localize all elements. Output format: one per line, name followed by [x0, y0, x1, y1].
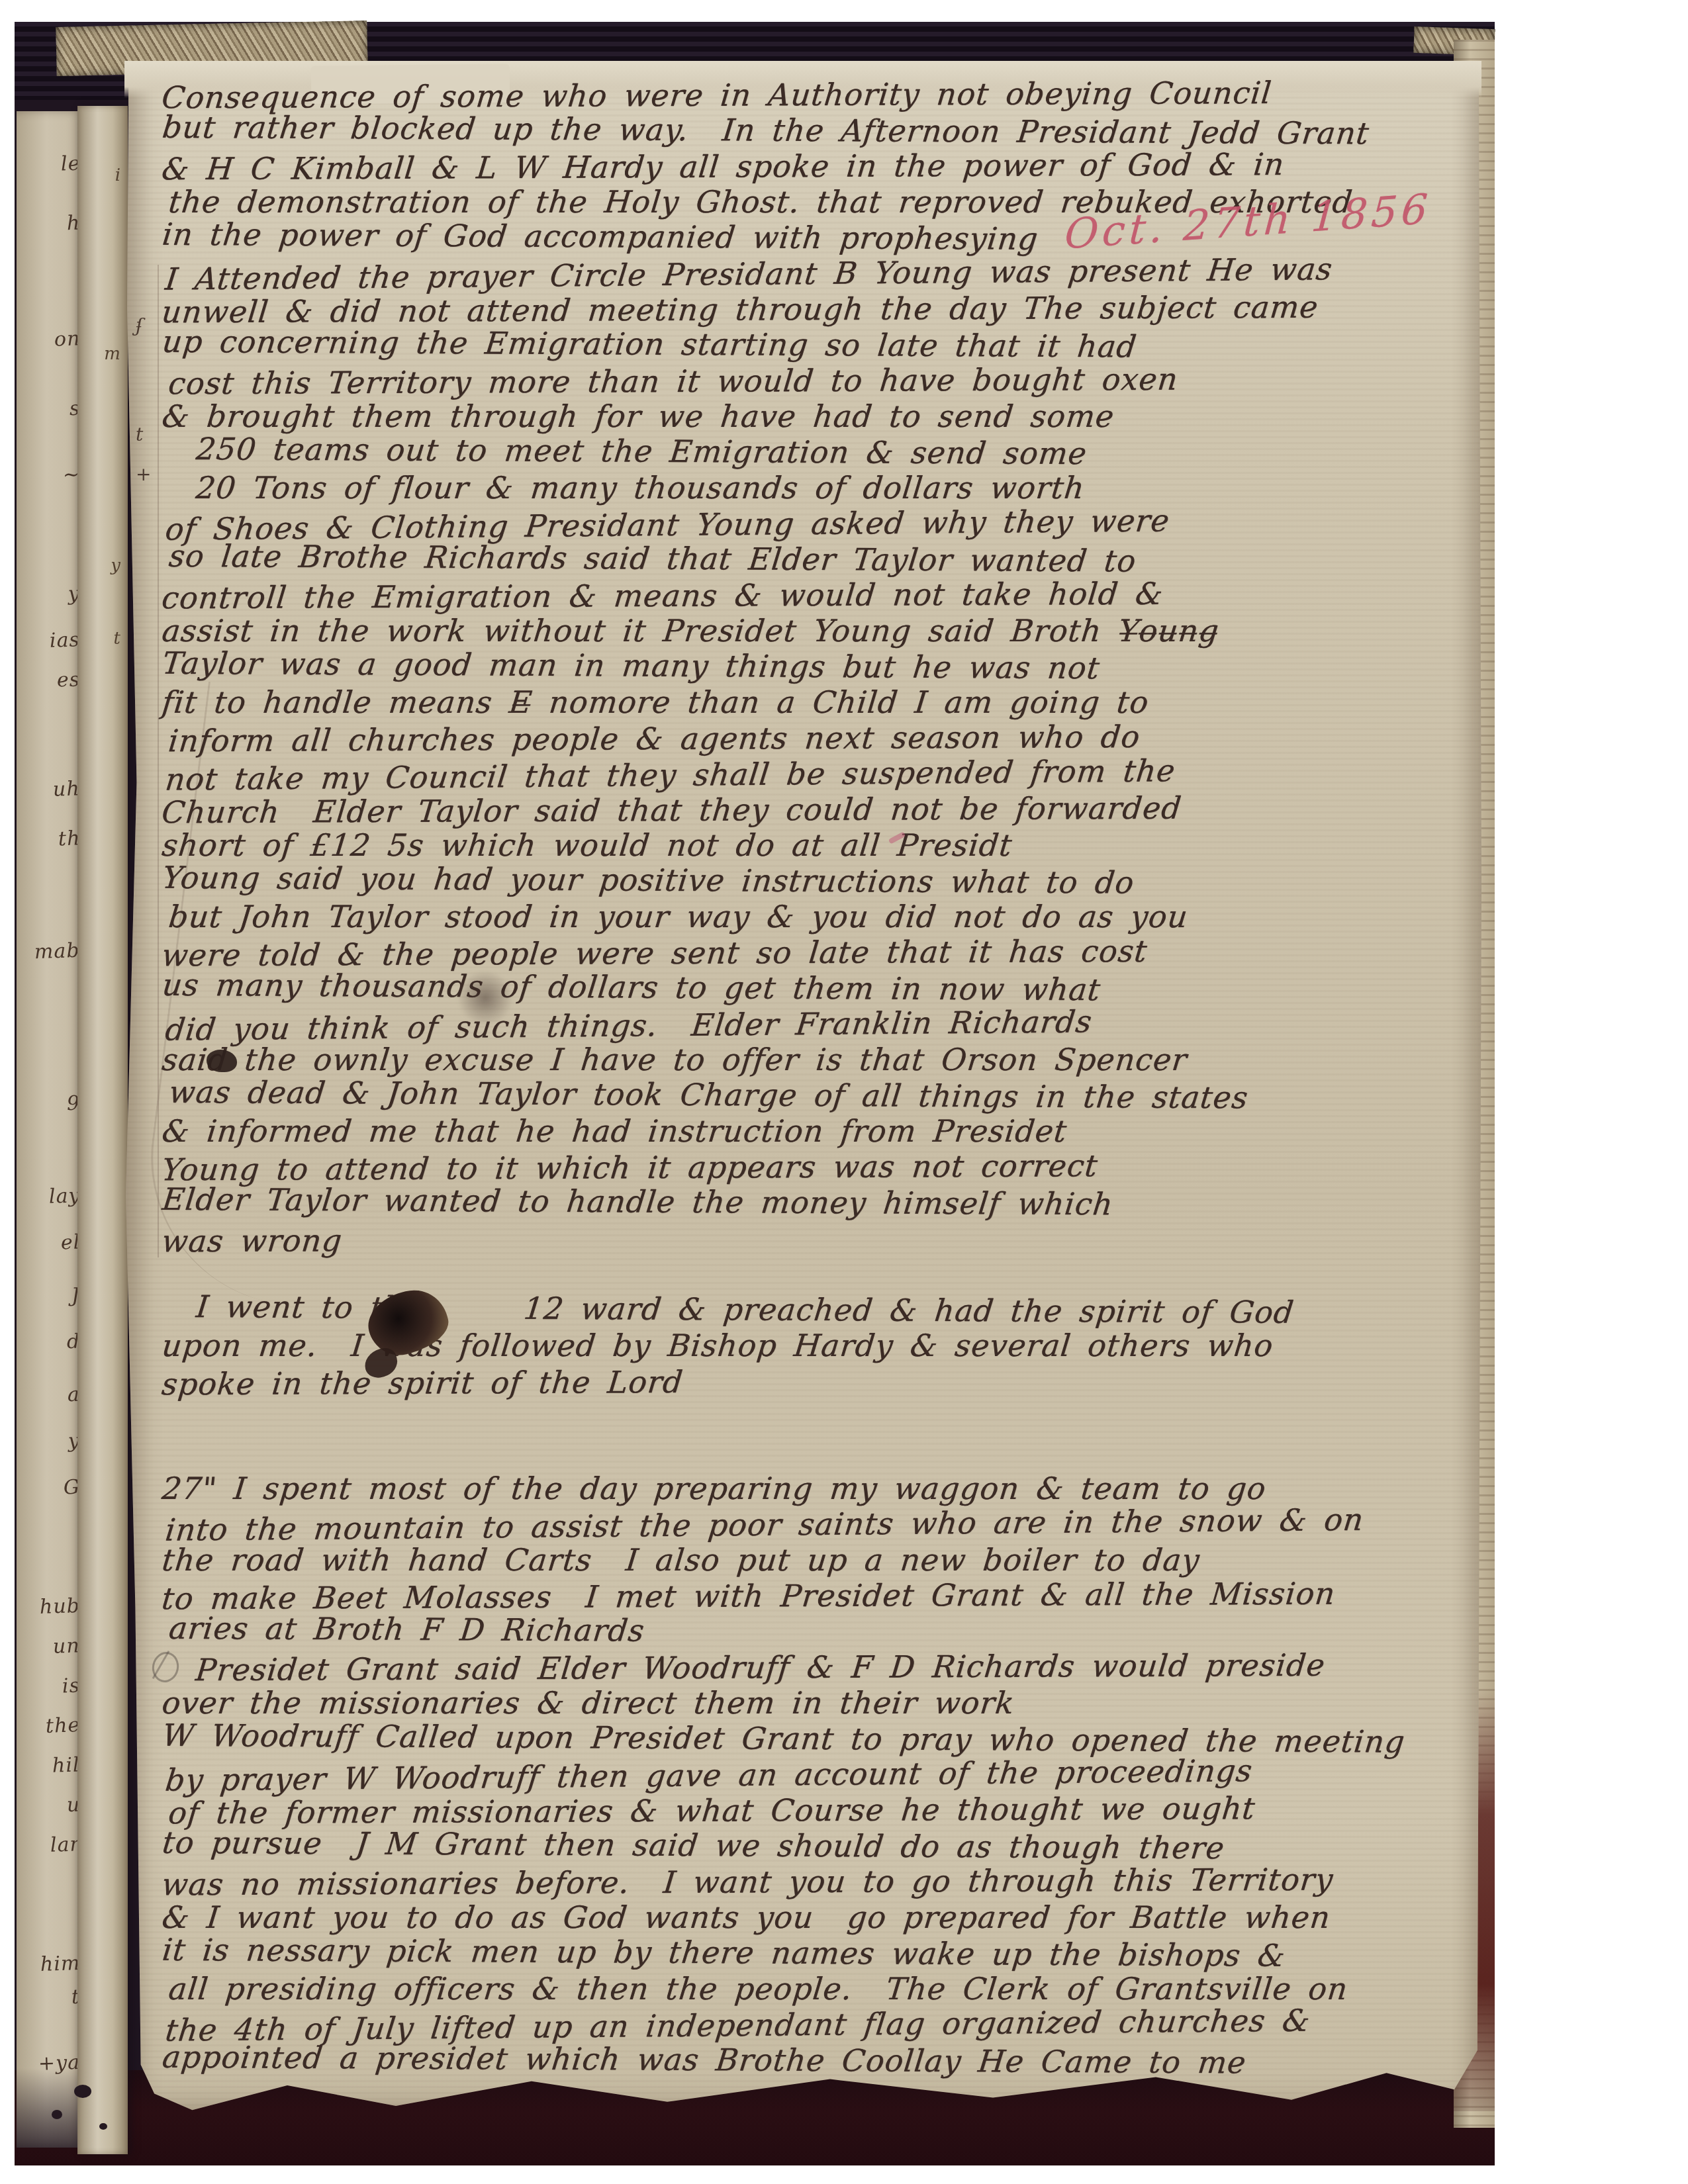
binding-speck: [99, 2123, 107, 2130]
journal-line: & H C Kimball & L W Hardy all spoke in t…: [160, 146, 1475, 187]
journal-line: & informed me that he had instruction fr…: [160, 1113, 1475, 1149]
journal-line: 20 Tons of flour & many thousands of dol…: [160, 470, 1475, 506]
facing-page-text-fragment: lay: [48, 1184, 81, 1208]
journal-line: Young said you had your positive instruc…: [161, 860, 1475, 902]
journal-line: aries at Broth F D Richards: [167, 1610, 1475, 1653]
journal-line: was wrong: [160, 1218, 1475, 1259]
journal-line: did you think of such things. Elder Fran…: [164, 1000, 1476, 1047]
journal-line: fit to handle means E̶ nomore than a Chi…: [160, 684, 1475, 720]
margin-ink-mark: t: [136, 424, 144, 445]
journal-line: said the ownly excuse I have to offer is…: [160, 1042, 1475, 1077]
journal-line: the road with hand Carts I also put up a…: [160, 1542, 1475, 1578]
journal-line: all presiding officers & then the people…: [167, 1971, 1475, 2007]
facing-page-text-fragment: the: [45, 1713, 80, 1738]
journal-line: but John Taylor stood in your way & you …: [167, 899, 1475, 934]
journal-line: upon me. I was followed by Bishop Hardy …: [160, 1328, 1475, 1363]
journal-line: Taylor was a good man in many things but…: [161, 645, 1475, 688]
facing-page-text-fragment: un: [53, 1634, 81, 1658]
margin-ink-mark: ʄ: [136, 314, 143, 336]
journal-line: I went to the 12 ward & preached & had t…: [161, 1289, 1475, 1331]
journal-line: Church Elder Taylor said that they could…: [160, 789, 1475, 831]
journal-line: Presidet Grant said Elder Woodruff & F D…: [160, 1647, 1475, 1688]
journal-line: it is nessary pick men up by there names…: [161, 1932, 1475, 1974]
scanned-journal-screenshot: lehons~yiasesuhthmab9layelJdayGhubunisth…: [0, 0, 1688, 2184]
journal-line: & I want you to do as God wants you go p…: [160, 1899, 1475, 1935]
journal-line: spoke in the spirit of the Lord: [160, 1361, 1475, 1402]
torn-page-stub: imyt: [77, 106, 128, 2154]
journal-line: into the mountain to assist the poor sai…: [164, 1500, 1476, 1547]
journal-line: 27" I spent most of the day preparing my…: [160, 1471, 1475, 1506]
facing-page-text-fragment: +ya: [38, 2051, 80, 2075]
journal-line: controll the Emigration & means & would …: [160, 574, 1475, 616]
facing-page-text-fragment: hil: [52, 1753, 81, 1777]
facing-page-text-fragment: lar: [50, 1833, 81, 1857]
facing-page-text-fragment: on: [54, 327, 81, 351]
stub-text-fragment: y: [111, 556, 121, 576]
journal-line: up concerning the Emigration starting so…: [161, 324, 1475, 366]
journal-line: 250 teams out to meet the Emigration & s…: [161, 431, 1475, 473]
journal-line: was dead & John Taylor took Charge of al…: [167, 1074, 1475, 1116]
journal-line: short of £12 5s which would not do at al…: [160, 827, 1475, 863]
facing-page-text-fragment: ias: [50, 628, 81, 653]
journal-line: of the former missionaries & what Course…: [167, 1790, 1475, 1831]
facing-page-text-fragment: mab: [34, 939, 81, 964]
journal-line: were told & the people were sent so late…: [160, 932, 1475, 974]
journal-line: assist in the work without it Presidet Y…: [160, 613, 1475, 649]
facing-page-edge: lehons~yiasesuhthmab9layelJdayGhubunisth…: [17, 111, 83, 2148]
journal-line: to make Beet Molasses I met with Preside…: [160, 1575, 1475, 1617]
journal-line: appointed a presidet which was Brothe Co…: [161, 2039, 1475, 2081]
facing-page-text-fragment: him: [40, 1952, 81, 1976]
facing-page-text-fragment: uh: [53, 777, 81, 801]
journal-line: to pursue J M Grant then said we should …: [161, 1825, 1475, 1867]
binding-speck: [74, 2085, 91, 2098]
journal-line: was no missionaries before. I want you t…: [160, 1861, 1475, 1903]
stub-text-fragment: m: [104, 344, 121, 364]
page-margin-marks: ʄt+: [136, 61, 162, 2046]
journal-line: over the missionaries & direct them in t…: [160, 1685, 1475, 1721]
ink-blot-small: [207, 1050, 237, 1072]
journal-line: Consequence of some who were in Authorit…: [160, 74, 1475, 116]
journal-line: & brought them through for we have had t…: [160, 398, 1475, 434]
binding-speck: [52, 2110, 62, 2119]
margin-ink-mark: +: [136, 463, 152, 485]
facing-page-text-fragment: hub: [40, 1594, 81, 1619]
journal-line: unwell & did not attend meeting through …: [160, 289, 1475, 330]
stub-text-fragment: i: [115, 165, 121, 185]
journal-line: Elder Taylor wanted to handle the money …: [161, 1181, 1475, 1224]
journal-line: cost this Territory more than it would t…: [167, 360, 1475, 402]
journal-line: Young to attend to it which it appears w…: [160, 1146, 1475, 1188]
stub-text-fragment: t: [114, 629, 121, 649]
journal-entry-text: Consequence of some who were in Authorit…: [162, 77, 1473, 2078]
journal-line: so late Brothe Richards said that Elder …: [167, 538, 1475, 580]
journal-line: but rather blocked up the way. In the Af…: [161, 109, 1475, 152]
